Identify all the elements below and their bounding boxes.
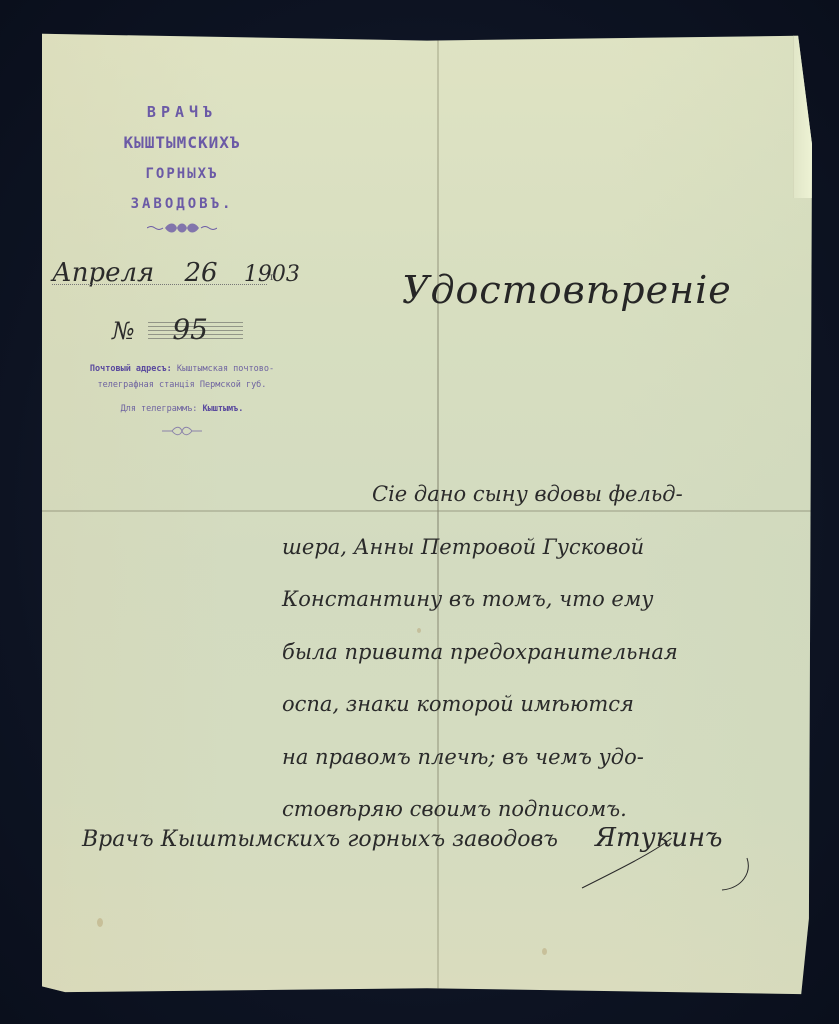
postal-address-text: Кыштымская почтово- xyxy=(177,364,274,374)
body-line: Сіе дано сыну вдовы фельд- xyxy=(282,468,802,521)
letterhead-stamp: ВРАЧЪ КЫШТЫМСКИХЪ ГОРНЫХЪ ЗАВОДОВЪ. xyxy=(62,103,302,234)
stamp-ornament-icon xyxy=(147,222,217,234)
body-line: была привита предохранительная xyxy=(282,626,802,679)
stamp-line-plants: ЗАВОДОВЪ. xyxy=(62,196,302,212)
body-line: оспа, знаки которой имѣются xyxy=(282,678,802,731)
date-dotted-rule xyxy=(52,284,267,285)
number-value: 95 xyxy=(172,313,208,346)
paper-stain xyxy=(542,948,547,955)
postal-line-2: телеграфная станція Пермской губ. xyxy=(62,377,302,393)
document-number: № 95 xyxy=(112,313,208,346)
telegram-address: Кыштымъ. xyxy=(202,404,243,414)
paper-stain xyxy=(97,918,103,927)
date-year-suffix: г xyxy=(270,272,275,283)
body-line: Константину въ томъ, что ему xyxy=(282,573,802,626)
postal-line-3: Для телеграммъ: Кыштымъ. xyxy=(62,401,302,417)
postal-address-label: Почтовый адресъ: xyxy=(90,364,172,374)
certificate-paper: ВРАЧЪ КЫШТЫМСКИХЪ ГОРНЫХЪ ЗАВОДОВЪ. Апре… xyxy=(42,28,812,996)
postal-ornament-icon xyxy=(162,425,202,437)
stamp-line-doctor: ВРАЧЪ xyxy=(62,103,302,121)
telegram-label: Для телеграммъ: xyxy=(121,404,198,414)
signatory-title: Врачъ Кыштымскихъ горныхъ заводовъ xyxy=(82,827,558,852)
number-prefix: № xyxy=(112,317,135,345)
stamp-line-kyshtym: КЫШТЫМСКИХЪ xyxy=(62,133,302,152)
certificate-body: Сіе дано сыну вдовы фельд- шера, Анны Пе… xyxy=(282,468,802,836)
postal-address-stamp: Почтовый адресъ: Кыштымская почтово- тел… xyxy=(62,361,302,437)
stamp-line-mining: ГОРНЫХЪ xyxy=(62,166,302,182)
certificate-title: Удостовѣреніе xyxy=(402,268,732,312)
signature-flourish-icon xyxy=(562,818,762,898)
body-line: на правомъ плечѣ; въ чемъ удо- xyxy=(282,731,802,784)
body-line: шера, Анны Петровой Гусковой xyxy=(282,521,802,574)
postal-line-1: Почтовый адресъ: Кыштымская почтово- xyxy=(62,361,302,377)
date-line: Апреля 26 1903 г xyxy=(52,258,282,288)
